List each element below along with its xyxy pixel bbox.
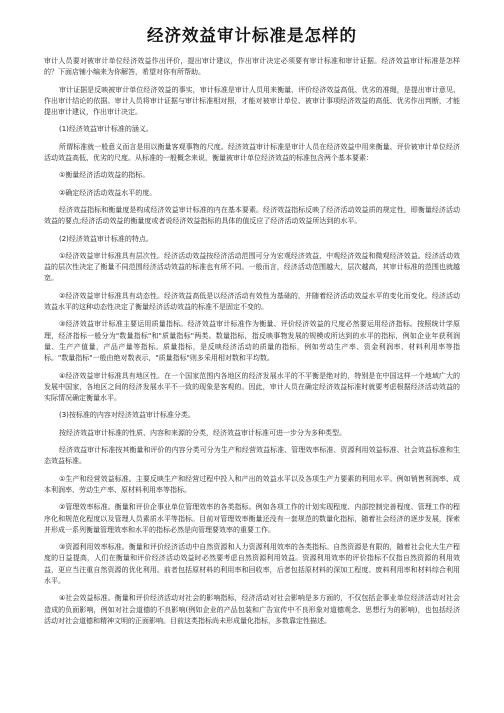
- list-item: ③资源利用效率标准。衡量和评价经济活动中自然资源和人力资源利用效率的各类指标。自…: [44, 542, 460, 587]
- paragraph: 经济效益审计标准按其衡量和评价的内容分类可分为生产和经营效益标准、管理效率标准、…: [44, 445, 460, 468]
- paragraph: 经济效益指标和衡量度是构成经济效益审计标准的内在基本要素。经济效益指标反映了经济…: [44, 205, 460, 228]
- intro-paragraph: 审计人员要对被审计单位经济效益作出评价，提出审计建议，作出审计决定必须要有审计标…: [44, 56, 460, 79]
- list-item: ②经济效益审计标准具有动态性。经济效益高低是以经济活动有效性为基础的，并随着经济…: [44, 291, 460, 314]
- list-item: ①衡量经济活动效益的指标。: [44, 170, 460, 181]
- list-item: ②管理效率标准。衡量和评价企事业单位管理效率的各类指标。例如各项工作的计划实现程…: [44, 502, 460, 536]
- list-item: ③经济效益审计标准主要运用质量指标。经济效益审计标准作为衡量、评价经济效益的尺度…: [44, 319, 460, 364]
- list-item: ④社会效益标准。衡量和评价经济活动对社会的影响指标，经济活动对社会影响是多方面的…: [44, 593, 460, 627]
- document-page: 经济效益审计标准是怎样的 审计人员要对被审计单位经济效益作出评价，提出审计建议，…: [0, 0, 504, 713]
- list-item: ④经济效益审计标准具有地区性。在一个国家范围内各地区的经济发展水平的不平衡是绝对…: [44, 371, 460, 405]
- paragraph: 审计证据是反映被审计单位经济效益的事实，审计标准是审计人员用来衡量、评价经济效益…: [44, 85, 460, 119]
- list-item: ①经济效益审计标准具有层次性。经济活动效益按经济活动范围可分为宏观经济效益、中观…: [44, 251, 460, 285]
- section-heading: (1)经济效益审计标准的涵义。: [44, 124, 460, 135]
- paragraph: 按经济效益审计标准的性质、内容和来源的分类，经济效益审计标准可进一步分为多种类型…: [44, 428, 460, 439]
- section-heading: (3)按标准的内容对经济效益审计标准分类。: [44, 410, 460, 421]
- list-item: ①生产和经营效益标准。主要反映生产和经营过程中投入和产出的效益水平以及各项生产力…: [44, 474, 460, 497]
- list-item: ②确定经济活动效益水平的度。: [44, 188, 460, 199]
- section-heading: (2)经济效益审计标准的特点。: [44, 234, 460, 245]
- document-title: 经济效益审计标准是怎样的: [0, 22, 504, 46]
- document-body: 审计人员要对被审计单位经济效益作出评价，提出审计建议，作出审计决定必须要有审计标…: [44, 56, 460, 633]
- paragraph: 所谓标准就一般意义而言是用以衡量客观事物的尺度。经济效益审计标准是审计人员在经济…: [44, 142, 460, 165]
